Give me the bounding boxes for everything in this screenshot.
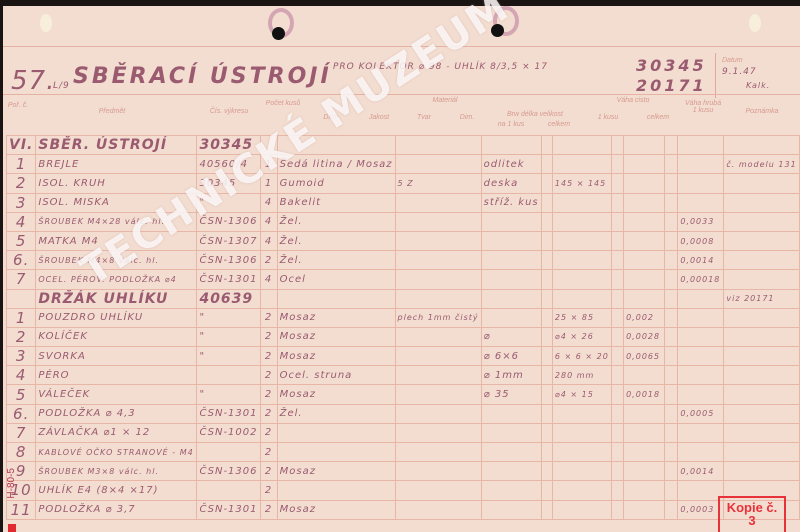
row-dimension bbox=[541, 270, 552, 289]
row-gross-weight: 0,0005 bbox=[678, 404, 724, 423]
row-drawing-number: 30345 bbox=[197, 136, 260, 155]
table-row: 1BREJLE40560/41Šedá litina / Mosazodlite… bbox=[7, 155, 800, 174]
row-drawing-number: ČSN-1306 bbox=[197, 462, 260, 481]
row-quantity bbox=[260, 289, 277, 308]
punch-hole bbox=[272, 27, 285, 40]
row-material-shape: stříž. kus bbox=[481, 193, 541, 212]
row-material-grade bbox=[395, 404, 481, 423]
row-material-grade bbox=[395, 500, 481, 519]
row-drawing-number: ČSN-1301 bbox=[197, 500, 260, 519]
row-gross-weight: 0,0008 bbox=[678, 231, 724, 250]
row-weight-piece bbox=[624, 270, 665, 289]
table-row: 5VÁLEČEK"2Mosaz⌀ 35⌀4 × 150,0018 bbox=[7, 385, 800, 404]
row-item-name: POUZDRO UHLÍKU bbox=[36, 308, 197, 327]
sheet-subnumber: L/9 bbox=[53, 81, 70, 91]
row-size-per-piece: ⌀4 × 26 bbox=[552, 327, 611, 346]
date-box: Datum 9.1.47 Kalk. bbox=[715, 53, 800, 98]
row-position: 3 bbox=[7, 347, 36, 366]
row-material-shape bbox=[481, 500, 541, 519]
table-row: 7OCEL. PÉROV. PODLOŽKA ⌀4ČSN-13014Ocel0,… bbox=[7, 270, 800, 289]
row-weight-total bbox=[665, 443, 678, 462]
row-size-per-piece: ⌀4 × 15 bbox=[552, 385, 611, 404]
table-row: 4ŠROUBEK M4×28 válc. hl.ČSN-13064Žel.0,0… bbox=[7, 212, 800, 231]
row-size-total bbox=[611, 347, 623, 366]
row-material-grade bbox=[395, 193, 481, 212]
row-material-shape: ⌀ 6×6 bbox=[481, 347, 541, 366]
row-gross-weight bbox=[678, 366, 724, 385]
row-material-type: Žel. bbox=[277, 212, 395, 231]
table-row: 2KOLÍČEK"2Mosaz⌀⌀4 × 260,0028 bbox=[7, 327, 800, 346]
row-size-per-piece bbox=[552, 212, 611, 231]
row-weight-total bbox=[665, 481, 678, 500]
row-size-total bbox=[611, 231, 623, 250]
row-dimension bbox=[541, 212, 552, 231]
row-dimension bbox=[541, 174, 552, 193]
document-title: SBĚRACÍ ÚSTROJÍ bbox=[73, 64, 332, 89]
row-weight-piece bbox=[624, 212, 665, 231]
row-material-shape: deska bbox=[481, 174, 541, 193]
row-material-type: Mosaz bbox=[277, 462, 395, 481]
row-size-per-piece bbox=[552, 251, 611, 270]
table-row: 1POUZDRO UHLÍKU"2Mosazplech 1mm čistý25 … bbox=[7, 308, 800, 327]
row-position: 2 bbox=[7, 174, 36, 193]
row-dimension bbox=[541, 423, 552, 442]
row-quantity: 4 bbox=[260, 193, 277, 212]
row-gross-weight: 0,0003 bbox=[678, 500, 724, 519]
row-size-total bbox=[611, 366, 623, 385]
row-material-shape bbox=[481, 404, 541, 423]
row-quantity: 2 bbox=[260, 251, 277, 270]
header-gross-weight: Váha hrubá 1 kusu bbox=[683, 100, 723, 114]
row-material-grade bbox=[395, 289, 481, 308]
row-weight-total bbox=[665, 155, 678, 174]
row-size-total bbox=[611, 193, 623, 212]
header-per-piece: na 1 kus bbox=[487, 121, 535, 128]
row-note bbox=[724, 462, 800, 481]
table-row: 9ŠROUBEK M3×8 válc. hl.ČSN-13062Mosaz0,0… bbox=[7, 462, 800, 481]
row-note bbox=[724, 404, 800, 423]
row-size-total bbox=[611, 136, 623, 155]
row-material-grade bbox=[395, 155, 481, 174]
row-gross-weight: 0,0033 bbox=[678, 212, 724, 231]
row-dimension bbox=[541, 366, 552, 385]
row-note bbox=[724, 251, 800, 270]
row-gross-weight bbox=[678, 193, 724, 212]
row-material-grade bbox=[395, 251, 481, 270]
row-position: 8 bbox=[7, 443, 36, 462]
row-material-type: Mosaz bbox=[277, 327, 395, 346]
row-quantity: 2 bbox=[260, 481, 277, 500]
row-quantity: 4 bbox=[260, 270, 277, 289]
row-note bbox=[724, 193, 800, 212]
row-size-total bbox=[611, 174, 623, 193]
row-weight-piece bbox=[624, 289, 665, 308]
table-row: 8KABLOVÉ OČKO STRANOVÉ - M42 bbox=[7, 443, 800, 462]
row-material-grade bbox=[395, 347, 481, 366]
row-size-per-piece bbox=[552, 481, 611, 500]
row-quantity: 1 bbox=[260, 174, 277, 193]
row-position: 7 bbox=[7, 270, 36, 289]
row-drawing-number: " bbox=[197, 347, 260, 366]
row-gross-weight bbox=[678, 385, 724, 404]
row-material-grade bbox=[395, 212, 481, 231]
row-position: 4 bbox=[7, 212, 36, 231]
row-dimension bbox=[541, 443, 552, 462]
row-weight-total bbox=[665, 327, 678, 346]
signature: Kalk. bbox=[746, 81, 770, 90]
row-position: VI. bbox=[7, 136, 36, 155]
drawing-number-primary: 30345 bbox=[636, 56, 707, 75]
row-drawing-number bbox=[197, 366, 260, 385]
row-material-grade bbox=[395, 231, 481, 250]
row-weight-piece: 0,0065 bbox=[624, 347, 665, 366]
row-material-type: Mosaz bbox=[277, 347, 395, 366]
row-drawing-number: 40560/4 bbox=[197, 155, 260, 174]
row-material-grade bbox=[395, 327, 481, 346]
row-dimension bbox=[541, 404, 552, 423]
row-item-name: UHLÍK E4 (8×4 ×17) bbox=[36, 481, 197, 500]
table-row: 11PODLOŽKA ⌀ 3,7ČSN-13012Mosaz0,0003 bbox=[7, 500, 800, 519]
header-item: Předmět bbox=[30, 108, 194, 115]
row-quantity: 2 bbox=[260, 500, 277, 519]
row-note bbox=[724, 443, 800, 462]
row-size-total bbox=[611, 462, 623, 481]
row-item-name: ISOL. KRUH bbox=[36, 174, 197, 193]
row-material-shape bbox=[481, 289, 541, 308]
header-weight: Váha cisto bbox=[583, 97, 683, 104]
row-quantity: 1 bbox=[260, 155, 277, 174]
row-dimension bbox=[541, 193, 552, 212]
row-size-total bbox=[611, 251, 623, 270]
row-note bbox=[724, 231, 800, 250]
row-weight-total bbox=[665, 404, 678, 423]
row-weight-piece bbox=[624, 481, 665, 500]
header-pos: Poř. č. bbox=[6, 102, 30, 109]
row-drawing-number: ČSN-1306 bbox=[197, 251, 260, 270]
row-note bbox=[724, 385, 800, 404]
row-weight-piece: 0,0028 bbox=[624, 327, 665, 346]
row-size-per-piece bbox=[552, 462, 611, 481]
row-weight-piece bbox=[624, 423, 665, 442]
table-row: 3SVORKA"2Mosaz⌀ 6×66 × 6 × 200,0065 bbox=[7, 347, 800, 366]
row-material-grade bbox=[395, 366, 481, 385]
row-note: viz 20171 bbox=[724, 289, 800, 308]
row-size-total bbox=[611, 155, 623, 174]
table-row: 6.PODLOŽKA ⌀ 4,3ČSN-13012Žel.0,0005 bbox=[7, 404, 800, 423]
row-material-shape bbox=[481, 423, 541, 442]
table-row: 2ISOL. KRUH303451Gumoid5 Zdeska145 × 145 bbox=[7, 174, 800, 193]
row-gross-weight bbox=[678, 443, 724, 462]
row-item-name: BREJLE bbox=[36, 155, 197, 174]
row-weight-total bbox=[665, 231, 678, 250]
drawing-number-secondary: 20171 bbox=[636, 76, 707, 95]
row-drawing-number bbox=[197, 443, 260, 462]
row-weight-piece bbox=[624, 500, 665, 519]
row-quantity: 2 bbox=[260, 308, 277, 327]
row-weight-total bbox=[665, 212, 678, 231]
row-size-total bbox=[611, 404, 623, 423]
row-quantity: 2 bbox=[260, 347, 277, 366]
row-item-name: MATKA M4 bbox=[36, 231, 197, 250]
header-total: celkem bbox=[535, 121, 583, 128]
row-weight-total bbox=[665, 270, 678, 289]
row-size-per-piece bbox=[552, 193, 611, 212]
row-material-type: Mosaz bbox=[277, 308, 395, 327]
row-weight-total bbox=[665, 347, 678, 366]
row-weight-piece bbox=[624, 231, 665, 250]
row-material-type: Ocel. struna bbox=[277, 366, 395, 385]
table-row: 4PÉRO2Ocel. struna⌀ 1mm280 mm bbox=[7, 366, 800, 385]
row-weight-total bbox=[665, 289, 678, 308]
row-position: 7 bbox=[7, 423, 36, 442]
row-material-type: Žel. bbox=[277, 404, 395, 423]
row-material-grade bbox=[395, 462, 481, 481]
row-material-type: Mosaz bbox=[277, 500, 395, 519]
row-weight-total bbox=[665, 308, 678, 327]
row-drawing-number: ČSN-1301 bbox=[197, 404, 260, 423]
row-size-total bbox=[611, 481, 623, 500]
row-weight-total bbox=[665, 174, 678, 193]
row-drawing-number: " bbox=[197, 327, 260, 346]
row-item-name: ŠROUBEK M3×8 válc. hl. bbox=[36, 462, 197, 481]
table-header: Poř. č. Předmět Čís. výkresu Počet kusů … bbox=[3, 94, 800, 130]
row-weight-total bbox=[665, 423, 678, 442]
row-material-type: Ocel bbox=[277, 270, 395, 289]
row-gross-weight bbox=[678, 155, 724, 174]
row-weight-piece bbox=[624, 462, 665, 481]
header-jakost: Jakost bbox=[357, 114, 401, 121]
row-dimension bbox=[541, 385, 552, 404]
row-note: č. modelu 131 bbox=[724, 155, 800, 174]
row-weight-piece bbox=[624, 174, 665, 193]
row-drawing-number: ČSN-1002 bbox=[197, 423, 260, 442]
row-size-per-piece bbox=[552, 289, 611, 308]
row-gross-weight bbox=[678, 481, 724, 500]
header-material: Materiál bbox=[305, 97, 585, 104]
row-weight-total bbox=[665, 136, 678, 155]
date-label: Datum bbox=[722, 57, 743, 64]
row-size-total bbox=[611, 443, 623, 462]
row-drawing-number: ČSN-1306 bbox=[197, 212, 260, 231]
row-material-grade bbox=[395, 423, 481, 442]
row-gross-weight bbox=[678, 308, 724, 327]
row-material-type: Žel. bbox=[277, 251, 395, 270]
row-dimension bbox=[541, 500, 552, 519]
header-druh: Druh bbox=[305, 114, 357, 121]
row-material-type bbox=[277, 289, 395, 308]
row-material-shape: ⌀ bbox=[481, 327, 541, 346]
row-size-total bbox=[611, 500, 623, 519]
row-material-shape: ⌀ 1mm bbox=[481, 366, 541, 385]
table-row: VI.SBĚR. ÚSTROJÍ30345 bbox=[7, 136, 800, 155]
row-size-total bbox=[611, 385, 623, 404]
row-size-per-piece bbox=[552, 231, 611, 250]
row-drawing-number bbox=[197, 481, 260, 500]
row-drawing-number: " bbox=[197, 385, 260, 404]
header-tvar: Tvar bbox=[401, 114, 447, 121]
row-dimension bbox=[541, 231, 552, 250]
header-weight-total: celkem bbox=[633, 114, 683, 121]
row-material-grade bbox=[395, 385, 481, 404]
row-dimension bbox=[541, 136, 552, 155]
stamp-number: 3 bbox=[720, 514, 784, 527]
row-material-shape bbox=[481, 270, 541, 289]
row-dimension bbox=[541, 251, 552, 270]
row-dimension bbox=[541, 155, 552, 174]
row-material-grade bbox=[395, 136, 481, 155]
row-weight-total bbox=[665, 251, 678, 270]
row-dimension bbox=[541, 347, 552, 366]
row-drawing-number: " bbox=[197, 308, 260, 327]
row-material-type: Mosaz bbox=[277, 385, 395, 404]
row-material-type bbox=[277, 423, 395, 442]
punch-hole-faint bbox=[40, 14, 52, 32]
row-size-per-piece: 280 mm bbox=[552, 366, 611, 385]
row-weight-piece bbox=[624, 155, 665, 174]
sheet-number: 57. bbox=[11, 66, 55, 96]
row-material-grade: plech 1mm čistý bbox=[395, 308, 481, 327]
parts-table: VI.SBĚR. ÚSTROJÍ303451BREJLE40560/41Šedá… bbox=[6, 135, 800, 520]
row-size-total bbox=[611, 270, 623, 289]
document-sheet: 57. L/9 SBĚRACÍ ÚSTROJÍ PRO KOLEKTOR ⌀ 9… bbox=[3, 6, 800, 532]
row-note bbox=[724, 423, 800, 442]
row-size-per-piece bbox=[552, 443, 611, 462]
row-weight-piece bbox=[624, 443, 665, 462]
row-item-name: ISOL. MISKA bbox=[36, 193, 197, 212]
row-position: 4 bbox=[7, 366, 36, 385]
row-material-type bbox=[277, 443, 395, 462]
row-material-shape bbox=[481, 136, 541, 155]
row-quantity bbox=[260, 136, 277, 155]
row-gross-weight bbox=[678, 289, 724, 308]
row-drawing-number: 30345 bbox=[197, 174, 260, 193]
row-size-per-piece: 6 × 6 × 20 bbox=[552, 347, 611, 366]
header-qty: Počet kusů bbox=[265, 100, 301, 107]
header-dim: Dim. bbox=[447, 114, 487, 121]
rule-line bbox=[3, 46, 800, 47]
row-dimension bbox=[541, 481, 552, 500]
row-material-type bbox=[277, 481, 395, 500]
row-position: 3 bbox=[7, 193, 36, 212]
row-position bbox=[7, 289, 36, 308]
row-item-name: PÉRO bbox=[36, 366, 197, 385]
row-dimension bbox=[541, 327, 552, 346]
punch-hole bbox=[491, 24, 504, 37]
row-size-per-piece bbox=[552, 155, 611, 174]
row-gross-weight bbox=[678, 327, 724, 346]
row-size-per-piece bbox=[552, 423, 611, 442]
row-item-name: PODLOŽKA ⌀ 3,7 bbox=[36, 500, 197, 519]
table-row: 6.ŠROUBEK M4×8 válc. hl.ČSN-13062Žel.0,0… bbox=[7, 251, 800, 270]
row-position: 1 bbox=[7, 155, 36, 174]
row-quantity: 2 bbox=[260, 443, 277, 462]
row-gross-weight bbox=[678, 174, 724, 193]
header-drawing: Čís. výkresu bbox=[196, 108, 262, 115]
row-position: 5 bbox=[7, 385, 36, 404]
header-weight-piece: 1 kusu bbox=[583, 114, 633, 121]
row-size-total bbox=[611, 212, 623, 231]
row-weight-total bbox=[665, 500, 678, 519]
red-tag bbox=[8, 524, 16, 532]
row-weight-total bbox=[665, 193, 678, 212]
row-weight-total bbox=[665, 385, 678, 404]
row-size-total bbox=[611, 423, 623, 442]
row-size-total bbox=[611, 289, 623, 308]
row-gross-weight: 0,0014 bbox=[678, 251, 724, 270]
row-size-per-piece: 25 × 85 bbox=[552, 308, 611, 327]
row-item-name: KOLÍČEK bbox=[36, 327, 197, 346]
row-material-shape bbox=[481, 251, 541, 270]
row-item-name: SBĚR. ÚSTROJÍ bbox=[36, 136, 197, 155]
date-value: 9.1.47 bbox=[722, 67, 757, 77]
row-size-total bbox=[611, 327, 623, 346]
header-size-group: Brw délka velikost bbox=[487, 111, 583, 118]
row-position: 11 bbox=[7, 500, 36, 519]
copy-stamp: Kopie č. 3 bbox=[718, 496, 786, 532]
header-note: Poznámka bbox=[725, 108, 799, 115]
row-item-name: PODLOŽKA ⌀ 4,3 bbox=[36, 404, 197, 423]
row-item-name: ZÁVLAČKA ⌀1 × 12 bbox=[36, 423, 197, 442]
row-quantity: 4 bbox=[260, 212, 277, 231]
row-size-total bbox=[611, 308, 623, 327]
row-item-name: SVORKA bbox=[36, 347, 197, 366]
row-size-per-piece bbox=[552, 136, 611, 155]
row-item-name: DRŽÁK UHLÍKU bbox=[36, 289, 197, 308]
row-size-per-piece: 145 × 145 bbox=[552, 174, 611, 193]
side-note: H-80-5 bbox=[6, 468, 17, 499]
row-dimension bbox=[541, 308, 552, 327]
row-position: 1 bbox=[7, 308, 36, 327]
row-gross-weight: 0,00018 bbox=[678, 270, 724, 289]
row-item-name: ŠROUBEK M4×8 válc. hl. bbox=[36, 251, 197, 270]
table-row: 10UHLÍK E4 (8×4 ×17)2 bbox=[7, 481, 800, 500]
row-position: 6. bbox=[7, 251, 36, 270]
row-note bbox=[724, 270, 800, 289]
row-position: 2 bbox=[7, 327, 36, 346]
row-note bbox=[724, 347, 800, 366]
row-material-shape: ⌀ 35 bbox=[481, 385, 541, 404]
row-material-grade: 5 Z bbox=[395, 174, 481, 193]
row-note bbox=[724, 366, 800, 385]
row-material-shape bbox=[481, 462, 541, 481]
specification-text: PRO KOLEKTOR ⌀ 98 - UHLÍK 8/3,5 × 17 bbox=[333, 62, 548, 72]
row-item-name: VÁLEČEK bbox=[36, 385, 197, 404]
row-quantity: 4 bbox=[260, 231, 277, 250]
row-gross-weight bbox=[678, 423, 724, 442]
row-weight-total bbox=[665, 462, 678, 481]
row-material-shape bbox=[481, 481, 541, 500]
row-material-shape: odlitek bbox=[481, 155, 541, 174]
row-material-shape bbox=[481, 231, 541, 250]
row-weight-total bbox=[665, 366, 678, 385]
row-quantity: 2 bbox=[260, 385, 277, 404]
row-weight-piece bbox=[624, 366, 665, 385]
row-weight-piece bbox=[624, 251, 665, 270]
row-item-name: ŠROUBEK M4×28 válc. hl. bbox=[36, 212, 197, 231]
row-quantity: 2 bbox=[260, 327, 277, 346]
row-material-shape bbox=[481, 212, 541, 231]
row-weight-piece: 0,002 bbox=[624, 308, 665, 327]
row-weight-piece bbox=[624, 404, 665, 423]
table-row: DRŽÁK UHLÍKU40639viz 20171 bbox=[7, 289, 800, 308]
row-material-type: Gumoid bbox=[277, 174, 395, 193]
row-note bbox=[724, 174, 800, 193]
row-weight-piece bbox=[624, 193, 665, 212]
row-quantity: 2 bbox=[260, 423, 277, 442]
table-row: 5MATKA M4ČSN-13074Žel.0,0008 bbox=[7, 231, 800, 250]
row-dimension bbox=[541, 289, 552, 308]
row-material-shape bbox=[481, 308, 541, 327]
